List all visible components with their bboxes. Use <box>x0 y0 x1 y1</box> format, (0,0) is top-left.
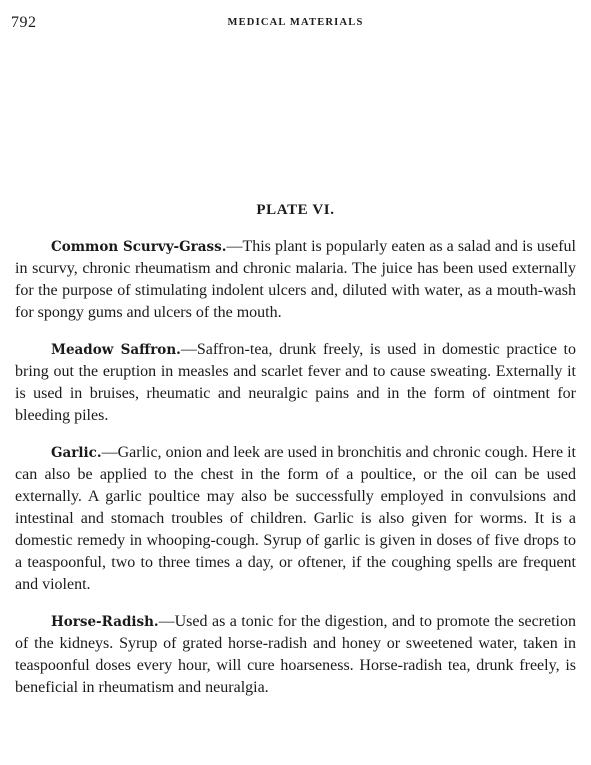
entry-name: Meadow Saffron. <box>51 342 181 358</box>
entry-horse-radish: Horse-Radish.—Used as a tonic for the di… <box>15 611 576 699</box>
entry-name: Garlic. <box>51 445 102 461</box>
entry-meadow-saffron: Meadow Saffron.—Saffron-tea, drunk freel… <box>15 339 576 427</box>
entry-name: Horse-Radish. <box>51 614 159 630</box>
running-head: MEDICAL MATERIALS <box>11 17 580 28</box>
entry-common-scurvy-grass: Common Scurvy-Grass.—This plant is popul… <box>15 236 576 324</box>
page-header: 792 MEDICAL MATERIALS <box>11 14 580 34</box>
entries-list: Common Scurvy-Grass.—This plant is popul… <box>15 236 576 714</box>
plate-title: PLATE VI. <box>0 202 591 219</box>
entry-name: Common Scurvy-Grass. <box>51 239 226 255</box>
entry-garlic: Garlic.—Garlic, onion and leek are used … <box>15 442 576 596</box>
entry-text: —Garlic, onion and leek are used in bron… <box>15 444 576 593</box>
